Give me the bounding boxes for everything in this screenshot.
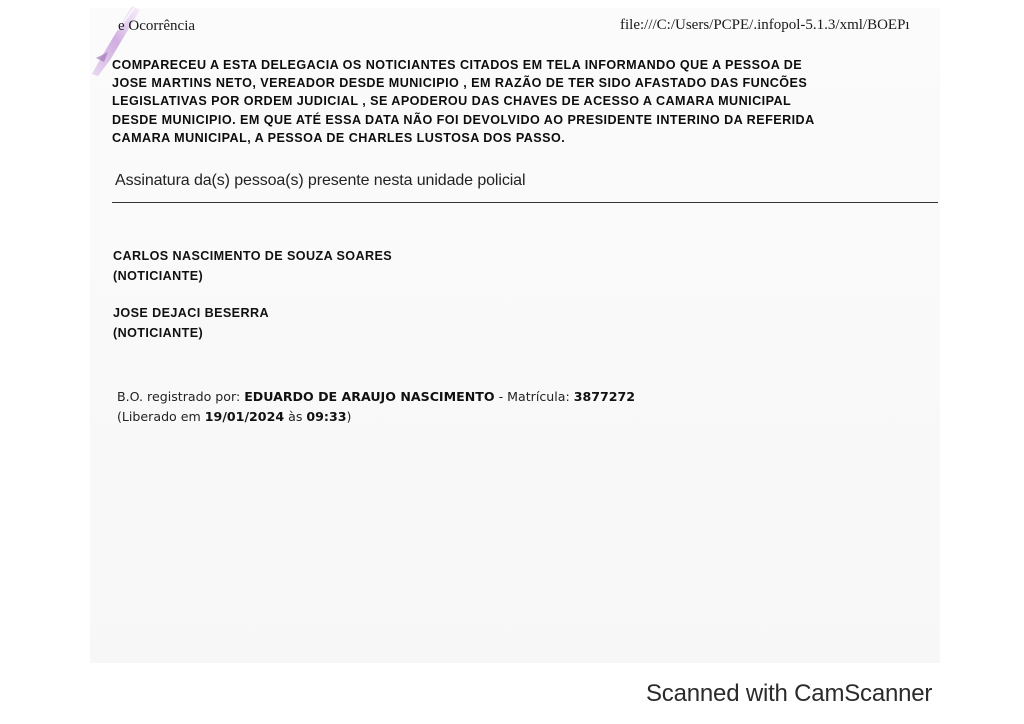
signatory-role: (NOTICIANTE) bbox=[113, 323, 269, 343]
incident-narrative: COMPARECEU A ESTA DELEGACIA OS NOTICIANT… bbox=[112, 56, 942, 147]
released-mid: às bbox=[284, 409, 306, 424]
narrative-line: LEGISLATIVAS POR ORDEM JUDICIAL , SE APO… bbox=[112, 92, 942, 110]
released-date: 19/01/2024 bbox=[205, 409, 284, 424]
registration-info: B.O. registrado por: EDUARDO DE ARAUJO N… bbox=[117, 387, 635, 427]
scanned-page: e Ocorrência file:///C:/Users/PCPE/.info… bbox=[0, 0, 1024, 724]
narrative-line: DESDE MUNICIPIO. EM QUE ATÉ ESSA DATA NÃ… bbox=[112, 111, 942, 129]
narrative-line: CAMARA MUNICIPAL, A PESSOA DE CHARLES LU… bbox=[112, 129, 942, 147]
signatory-role: (NOTICIANTE) bbox=[113, 266, 392, 286]
document-header-title: e Ocorrência bbox=[118, 18, 195, 35]
registered-by-row: B.O. registrado por: EDUARDO DE ARAUJO N… bbox=[117, 387, 635, 407]
released-suffix: ) bbox=[347, 409, 352, 424]
narrative-line: COMPARECEU A ESTA DELEGACIA OS NOTICIANT… bbox=[112, 56, 942, 74]
released-time: 09:33 bbox=[306, 409, 346, 424]
matricula-number: 3877272 bbox=[574, 389, 635, 404]
released-row: (Liberado em 19/01/2024 às 09:33) bbox=[117, 407, 635, 427]
signatory-name: JOSE DEJACI BESERRA bbox=[113, 303, 269, 323]
narrative-line: JOSE MARTINS NETO, VEREADOR DESDE MUNICI… bbox=[112, 74, 942, 92]
released-prefix: (Liberado em bbox=[117, 409, 205, 424]
matricula-label: - Matrícula: bbox=[495, 389, 574, 404]
file-path-header: file:///C:/Users/PCPE/.infopol-5.1.3/xml… bbox=[620, 17, 910, 34]
registered-by-label: B.O. registrado por: bbox=[117, 389, 244, 404]
signature-divider bbox=[112, 202, 938, 203]
signatory: CARLOS NASCIMENTO DE SOUZA SOARES (NOTIC… bbox=[113, 246, 392, 286]
officer-name: EDUARDO DE ARAUJO NASCIMENTO bbox=[244, 389, 494, 404]
signature-section-heading: Assinatura da(s) pessoa(s) presente nest… bbox=[115, 172, 525, 190]
signatory: JOSE DEJACI BESERRA (NOTICIANTE) bbox=[113, 303, 269, 343]
camscanner-watermark: Scanned with CamScanner bbox=[646, 680, 932, 708]
signatory-name: CARLOS NASCIMENTO DE SOUZA SOARES bbox=[113, 246, 392, 266]
